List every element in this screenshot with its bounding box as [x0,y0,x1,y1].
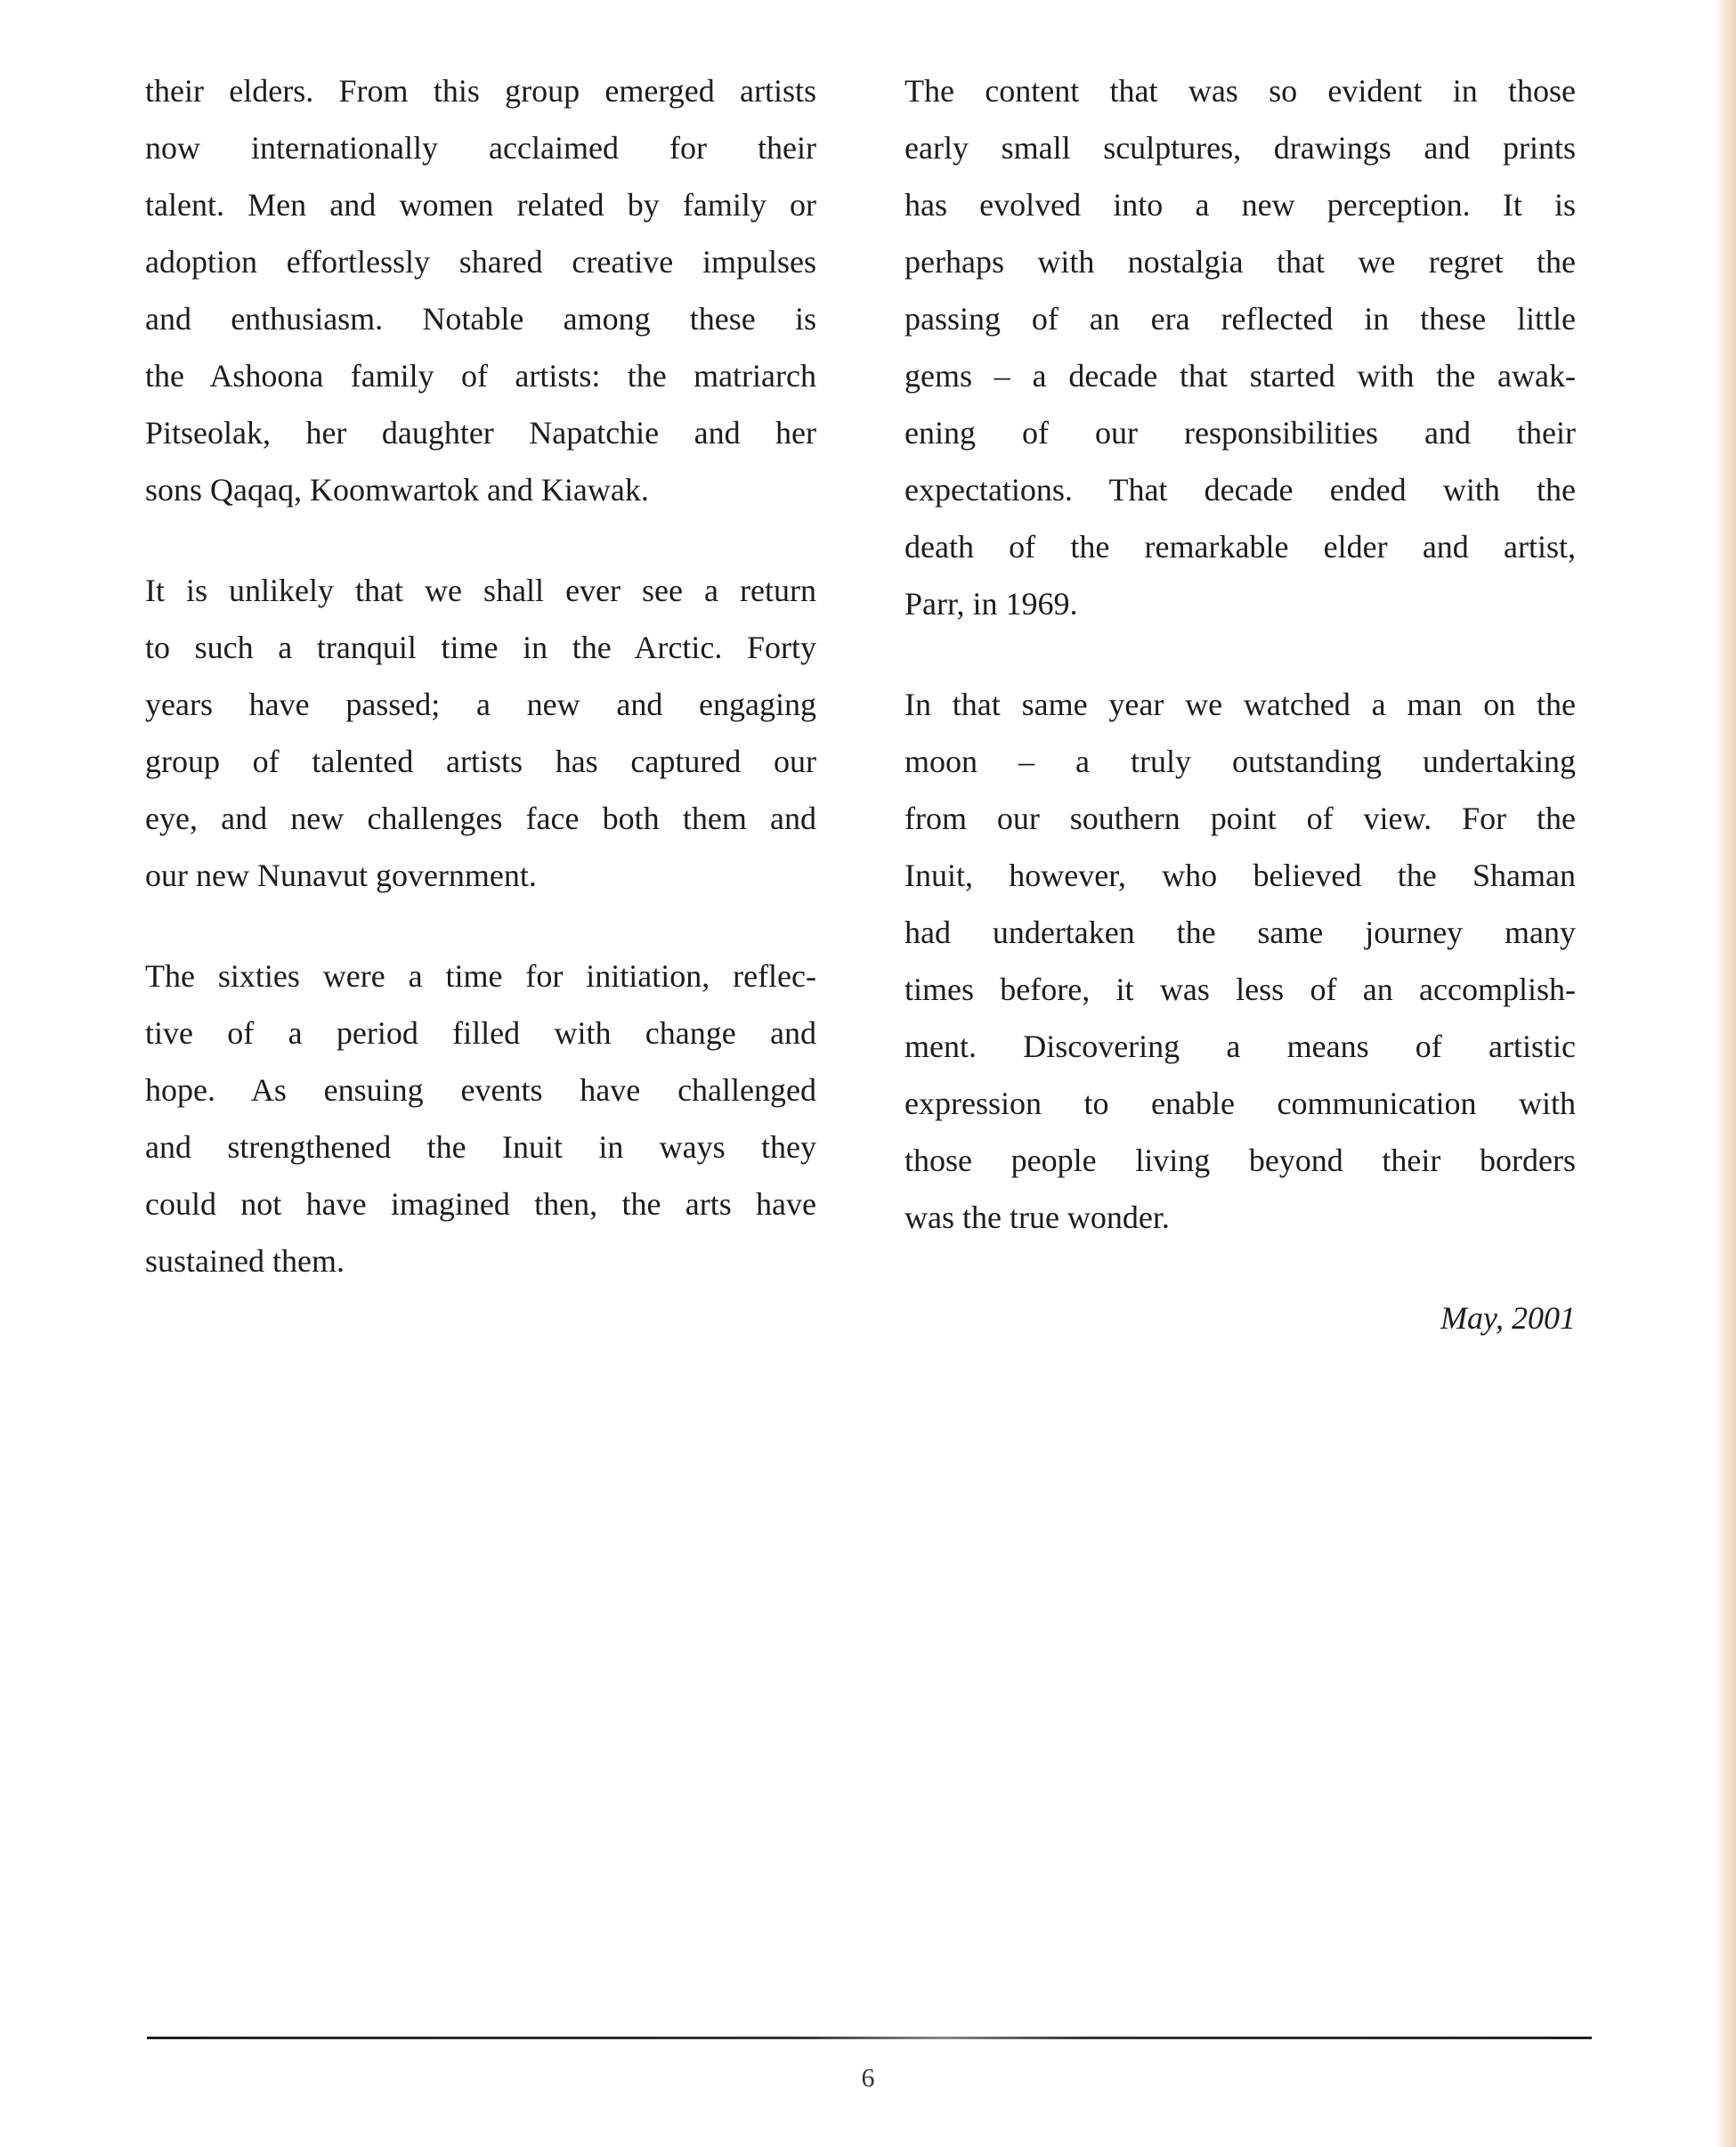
text-line: death of the remarkable elder and artist… [905,518,1576,575]
text-line: Inuit, however, who believed the Shaman [905,847,1576,904]
page-number: 6 [0,2061,1736,2096]
text-line: It is unlikely that we shall ever see a … [145,562,816,619]
text-line: and enthusiasm. Notable among these is [145,290,816,347]
text-line: expression to enable communication with [905,1075,1576,1132]
text-line: to such a tranquil time in the Arctic. F… [145,619,816,676]
text-line: talent. Men and women related by family … [145,176,816,233]
text-line: has evolved into a new perception. It is [905,176,1576,233]
text-line: hope. As ensuing events have challenged [145,1061,816,1118]
text-line: from our southern point of view. For the [905,790,1576,847]
page-edge-shadow [1718,0,1736,2147]
text-line: the Ashoona family of artists: the matri… [145,347,816,404]
text-line: their elders. From this group emerged ar… [145,62,816,119]
date-signature: May, 2001 [905,1289,1576,1346]
text-line: tive of a period filled with change and [145,1004,816,1061]
text-line: years have passed; a new and engaging [145,676,816,733]
text-line: expectations. That decade ended with the [905,461,1576,518]
text-line: those people living beyond their borders [905,1132,1576,1189]
text-line: perhaps with nostalgia that we regret th… [905,233,1576,290]
text-line: moon – a truly outstanding undertaking [905,733,1576,790]
footer-rule [147,2037,1592,2039]
text-line: sustained them. [145,1232,816,1289]
text-line: our new Nunavut government. [145,847,816,904]
text-line: ment. Discovering a means of artistic [905,1018,1576,1075]
text-line: sons Qaqaq, Koomwartok and Kiawak. [145,461,816,518]
text-line: Pitseolak, her daughter Napatchie and he… [145,404,816,461]
text-line: had undertaken the same journey many [905,904,1576,961]
text-line: Parr, in 1969. [905,575,1576,632]
text-line: ening of our responsibilities and their [905,404,1576,461]
text-line: was the true wonder. [905,1189,1576,1246]
text-line: The sixties were a time for initiation, … [145,947,816,1004]
text-line: gems – a decade that started with the aw… [905,347,1576,404]
text-line: In that same year we watched a man on th… [905,676,1576,733]
text-line: could not have imagined then, the arts h… [145,1175,816,1232]
text-line: eye, and new challenges face both them a… [145,790,816,847]
text-line: now internationally acclaimed for their [145,119,816,176]
text-line: passing of an era reflected in these lit… [905,290,1576,347]
text-line: The content that was so evident in those [905,62,1576,119]
text-line: group of talented artists has captured o… [145,733,816,790]
text-line: early small sculptures, drawings and pri… [905,119,1576,176]
text-line: and strengthened the Inuit in ways they [145,1118,816,1175]
text-line: adoption effortlessly shared creative im… [145,233,816,290]
text-line: times before, it was less of an accompli… [905,961,1576,1018]
